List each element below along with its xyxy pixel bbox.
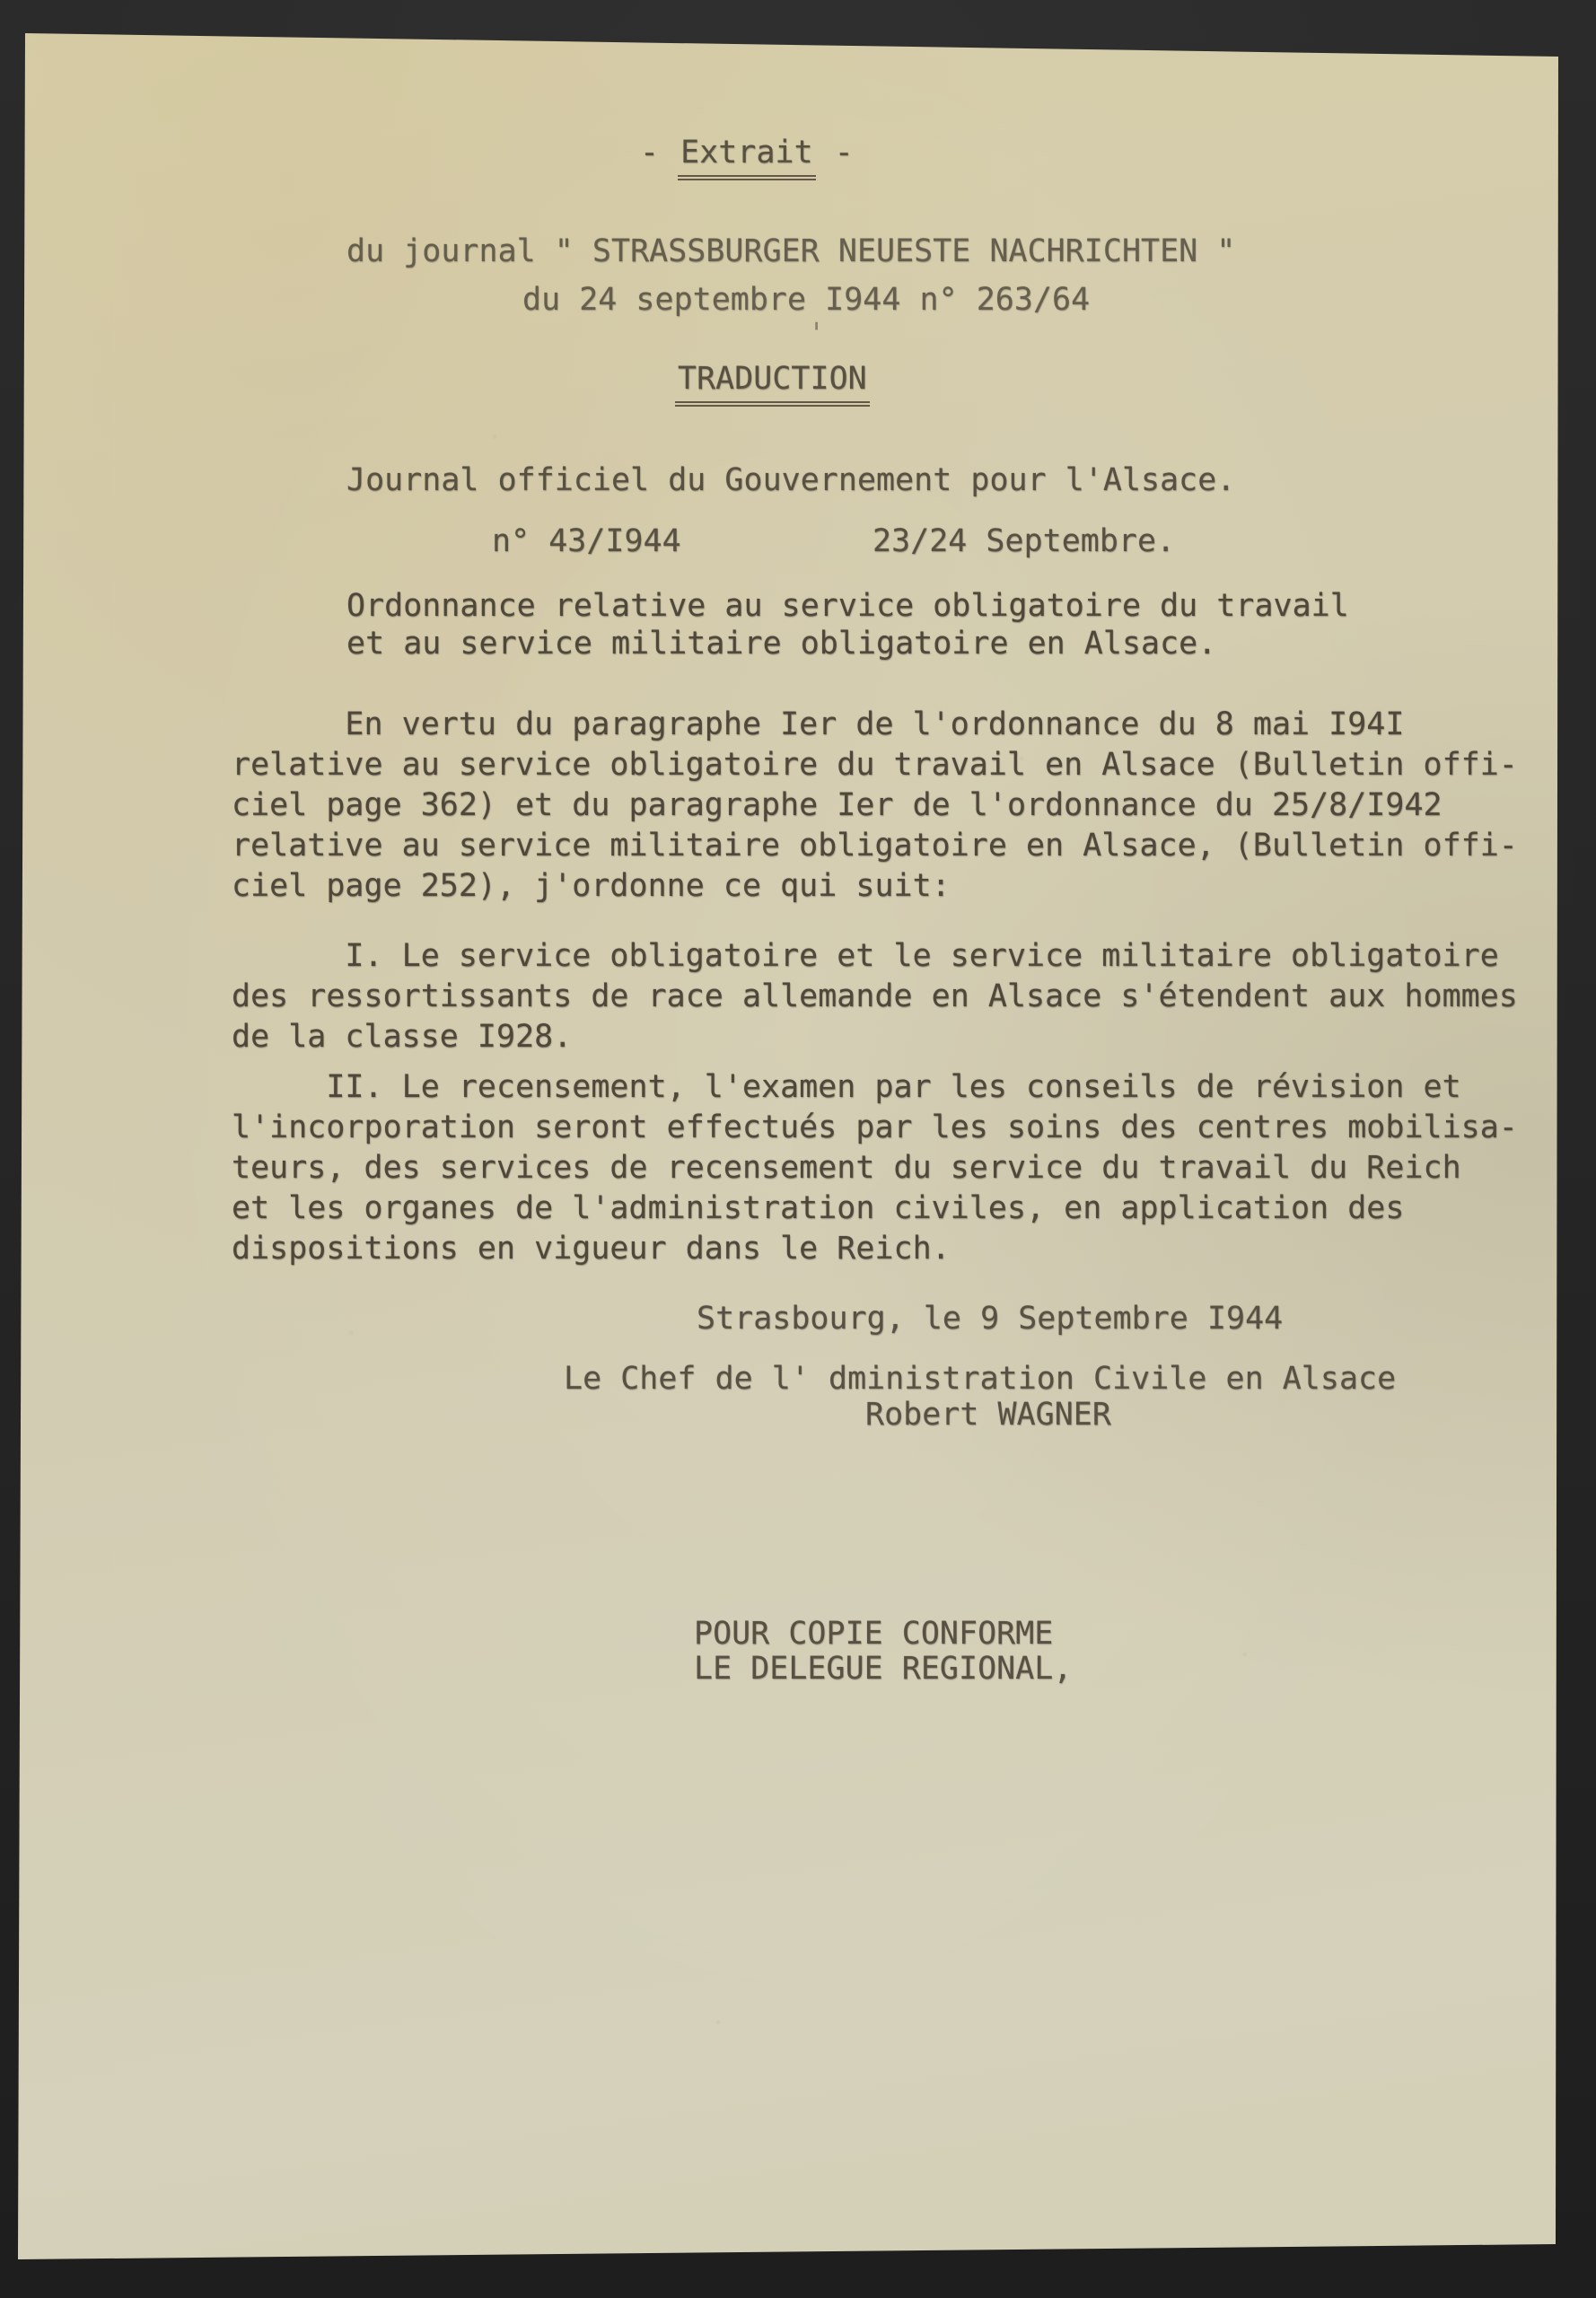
certification-block: POUR COPIE CONFORME LE DELEGUE REGIONAL, [694, 1617, 1072, 1687]
ink-smudge: ' [808, 316, 825, 350]
signature-title: Le Chef de l' dministration Civile en Al… [564, 1359, 1396, 1399]
scanned-document-photo: - Extrait - du journal " STRASSBURGER NE… [0, 0, 1596, 2298]
issue-date: 23/24 Septembre. [873, 522, 1175, 562]
document-title: - Extrait - [640, 133, 854, 180]
translation-heading: TRADUCTION [675, 359, 870, 407]
article-2-paragraph: II. Le recensement, l'examen par les con… [232, 1067, 1518, 1269]
title-underlined-word: Extrait [678, 133, 816, 180]
title-dash-left: - [640, 135, 678, 171]
article-1-paragraph: I. Le service obligatoire et le service … [232, 936, 1518, 1057]
official-journal-line: Journal officiel du Gouvernement pour l'… [346, 460, 1235, 501]
translation-heading-wrap: TRADUCTION [675, 359, 870, 407]
issue-number: n° 43/I944 [492, 522, 681, 562]
source-date-line: du 24 septembre I944 n° 263/64 [522, 280, 1090, 320]
signature-name: Robert WAGNER [865, 1395, 1111, 1435]
place-date-line: Strasbourg, le 9 Septembre I944 [697, 1299, 1283, 1339]
source-journal-line: du journal " STRASSBURGER NEUESTE NACHRI… [346, 232, 1235, 272]
preamble-paragraph: En vertu du paragraphe Ier de l'ordonnan… [232, 705, 1518, 907]
ordinance-title: Ordonnance relative au service obligatoi… [346, 587, 1349, 662]
title-dash-right: - [816, 135, 854, 171]
